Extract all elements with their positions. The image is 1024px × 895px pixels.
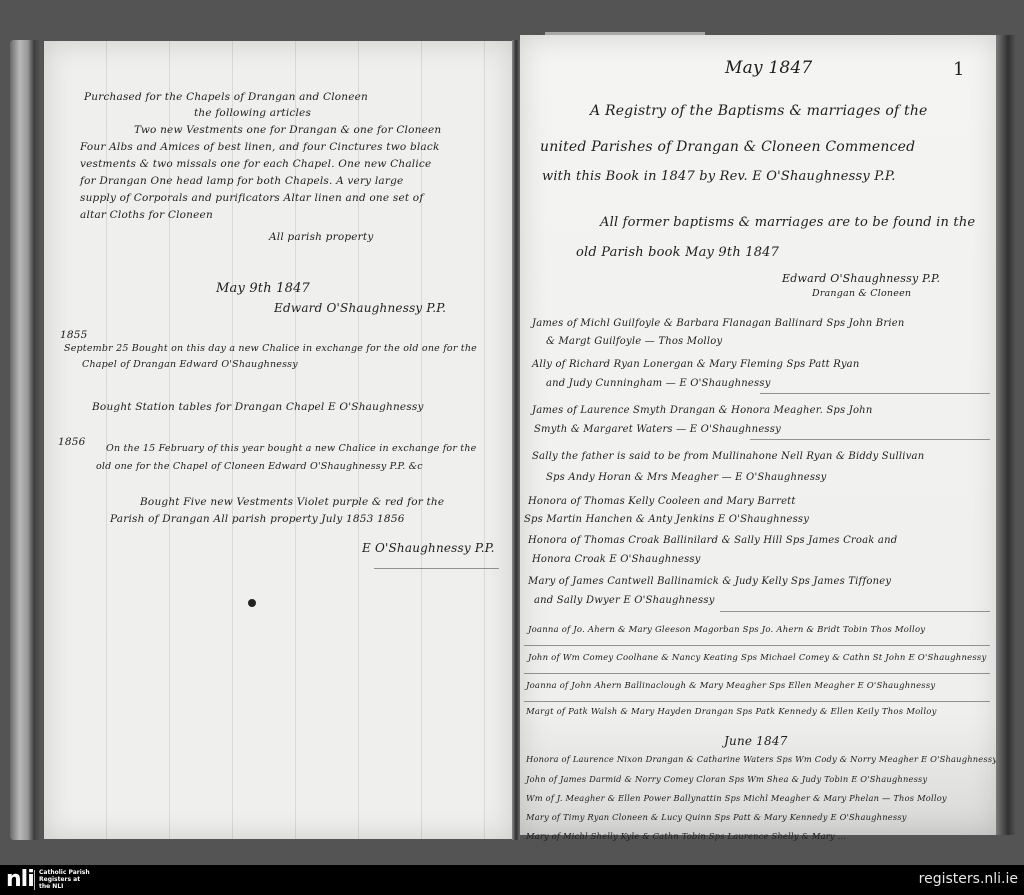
entry-divider [720,611,990,612]
intro-line: with this Book in 1847 by Rev. E O'Shaug… [542,169,896,184]
ink-blot [248,599,256,607]
baptism-entry-signature: E O'Shaughnessy [850,847,928,857]
caption-line: the NLI [39,883,90,890]
baptism-entry: Ally of Richard Ryan Lonergan & Mary Fle… [532,359,859,370]
baptism-entry: Mary of Timy Ryan Cloneen & Lucy Quinn S… [526,812,907,822]
entry-divider [524,673,990,674]
baptism-entry: Joanna of John Ahern Ballinaclough & Mar… [526,681,935,691]
handwritten-line: Bought Five new Vestments Violet purple … [140,496,444,508]
baptism-entry: James of Michl Guilfoyle & Barbara Flana… [532,318,904,329]
handwritten-line: Parish of Drangan All parish property Ju… [110,513,405,525]
nli-caption: Catholic Parish Registers at the NLI [39,869,90,890]
ink-smudge [108,853,118,859]
entry-year: 1855 [60,329,88,341]
handwritten-signature: E O'Shaughnessy P.P. [362,541,495,555]
viewer-footer: nli Catholic Parish Registers at the NLI… [0,865,1024,895]
handwritten-line: supply of Corporals and purificators Alt… [80,192,423,204]
baptism-entry: Margt of Patk Walsh & Mary Hayden Dranga… [526,707,937,717]
baptism-entry: Sps Martin Hanchen & Anty Jenkins E O'Sh… [524,514,809,525]
caption-line: Catholic Parish [39,869,90,876]
logo-divider [34,870,35,890]
baptism-entry: Joanna of Jo. Ahern & Mary Gleeson Magor… [528,625,925,635]
baptism-entry: Wm of J. Meagher & Ellen Power Ballynatt… [526,793,947,803]
page-header-date: May 1847 [725,58,812,78]
handwritten-line: Bought Station tables for Drangan Chapel… [92,401,424,413]
baptism-entry: John of James Darmid & Norry Comey Clora… [526,774,927,784]
caption-line: Registers at [39,876,90,883]
book-spine-edge [10,40,42,840]
right-page: May 1847 1 A Registry of the Baptisms & … [520,35,998,835]
handwritten-line: Chapel of Drangan Edward O'Shaughnessy [82,359,298,370]
baptism-entry: Smyth & Margaret Waters — E O'Shaughness… [534,424,781,435]
entry-divider [524,645,990,646]
handwritten-line: Purchased for the Chapels of Drangan and… [84,91,368,103]
handwritten-line: for Drangan One head lamp for both Chape… [80,175,403,187]
handwritten-line: Two new Vestments one for Drangan & one … [134,124,441,136]
note-line: All former baptisms & marriages are to b… [600,215,975,230]
signature-underline [374,568,499,569]
note-signature: Edward O'Shaughnessy P.P. [782,272,940,285]
handwritten-line: All parish property [269,231,373,243]
baptism-entry: Honora of Laurence Nixon Drangan & Catha… [526,754,997,764]
baptism-entry: & Margt Guilfoyle — Thos Molloy [546,336,722,347]
handwritten-line: On the 15 February of this year bought a… [106,443,476,454]
note-signature: Drangan & Cloneen [812,288,911,299]
baptism-entry: and Judy Cunningham — E O'Shaughnessy [546,378,771,389]
handwritten-line: old one for the Chapel of Cloneen Edward… [96,461,423,472]
baptism-entry: John of Wm Comey Coolhane & Nancy Keatin… [528,653,986,663]
baptism-entry: James of Laurence Smyth Drangan & Honora… [532,405,872,416]
handwritten-date: May 9th 1847 [216,281,310,296]
book-gutter [512,40,520,840]
baptism-entry: Sally the father is said to be from Mull… [532,451,924,462]
baptism-entry: Honora of Thomas Croak Ballinilard & Sal… [528,535,897,546]
note-line: old Parish book May 9th 1847 [576,245,779,260]
entry-divider [760,393,990,394]
baptism-entry: Honora Croak E O'Shaughnessy [532,554,701,565]
intro-line: A Registry of the Baptisms & marriages o… [590,103,928,119]
handwritten-line: vestments & two missals one for each Cha… [80,158,431,170]
baptism-entry: Sps Andy Horan & Mrs Meagher — E O'Shaug… [546,472,826,483]
entry-year: 1856 [58,436,86,448]
intro-line: united Parishes of Drangan & Cloneen Com… [540,139,915,155]
book-right-edge [996,35,1016,835]
entry-divider [524,701,990,702]
handwritten-line: Four Albs and Amices of best linen, and … [80,141,440,153]
month-header: June 1847 [724,734,788,748]
baptism-entry: Mary of Michl Shelly Kyle & Cathn Tobin … [526,831,846,841]
site-url-link[interactable]: registers.nli.ie [919,871,1018,887]
baptism-entry: Honora of Thomas Kelly Cooleen and Mary … [528,496,796,507]
left-page: Purchased for the Chapels of Drangan and… [44,41,512,839]
baptism-entry: Mary of James Cantwell Ballinamick & Jud… [528,576,891,587]
nli-logo[interactable]: nli [6,868,34,892]
handwritten-signature: Edward O'Shaughnessy P.P. [274,301,446,315]
baptism-entry: and Sally Dwyer E O'Shaughnessy [534,595,715,606]
handwritten-line: Septembr 25 Bought on this day a new Cha… [64,343,477,354]
handwritten-line: altar Cloths for Cloneen [80,209,213,221]
handwritten-line: the following articles [194,107,311,119]
page-number: 1 [953,59,965,80]
document-viewer[interactable]: Purchased for the Chapels of Drangan and… [0,0,1024,865]
entry-divider [750,439,990,440]
